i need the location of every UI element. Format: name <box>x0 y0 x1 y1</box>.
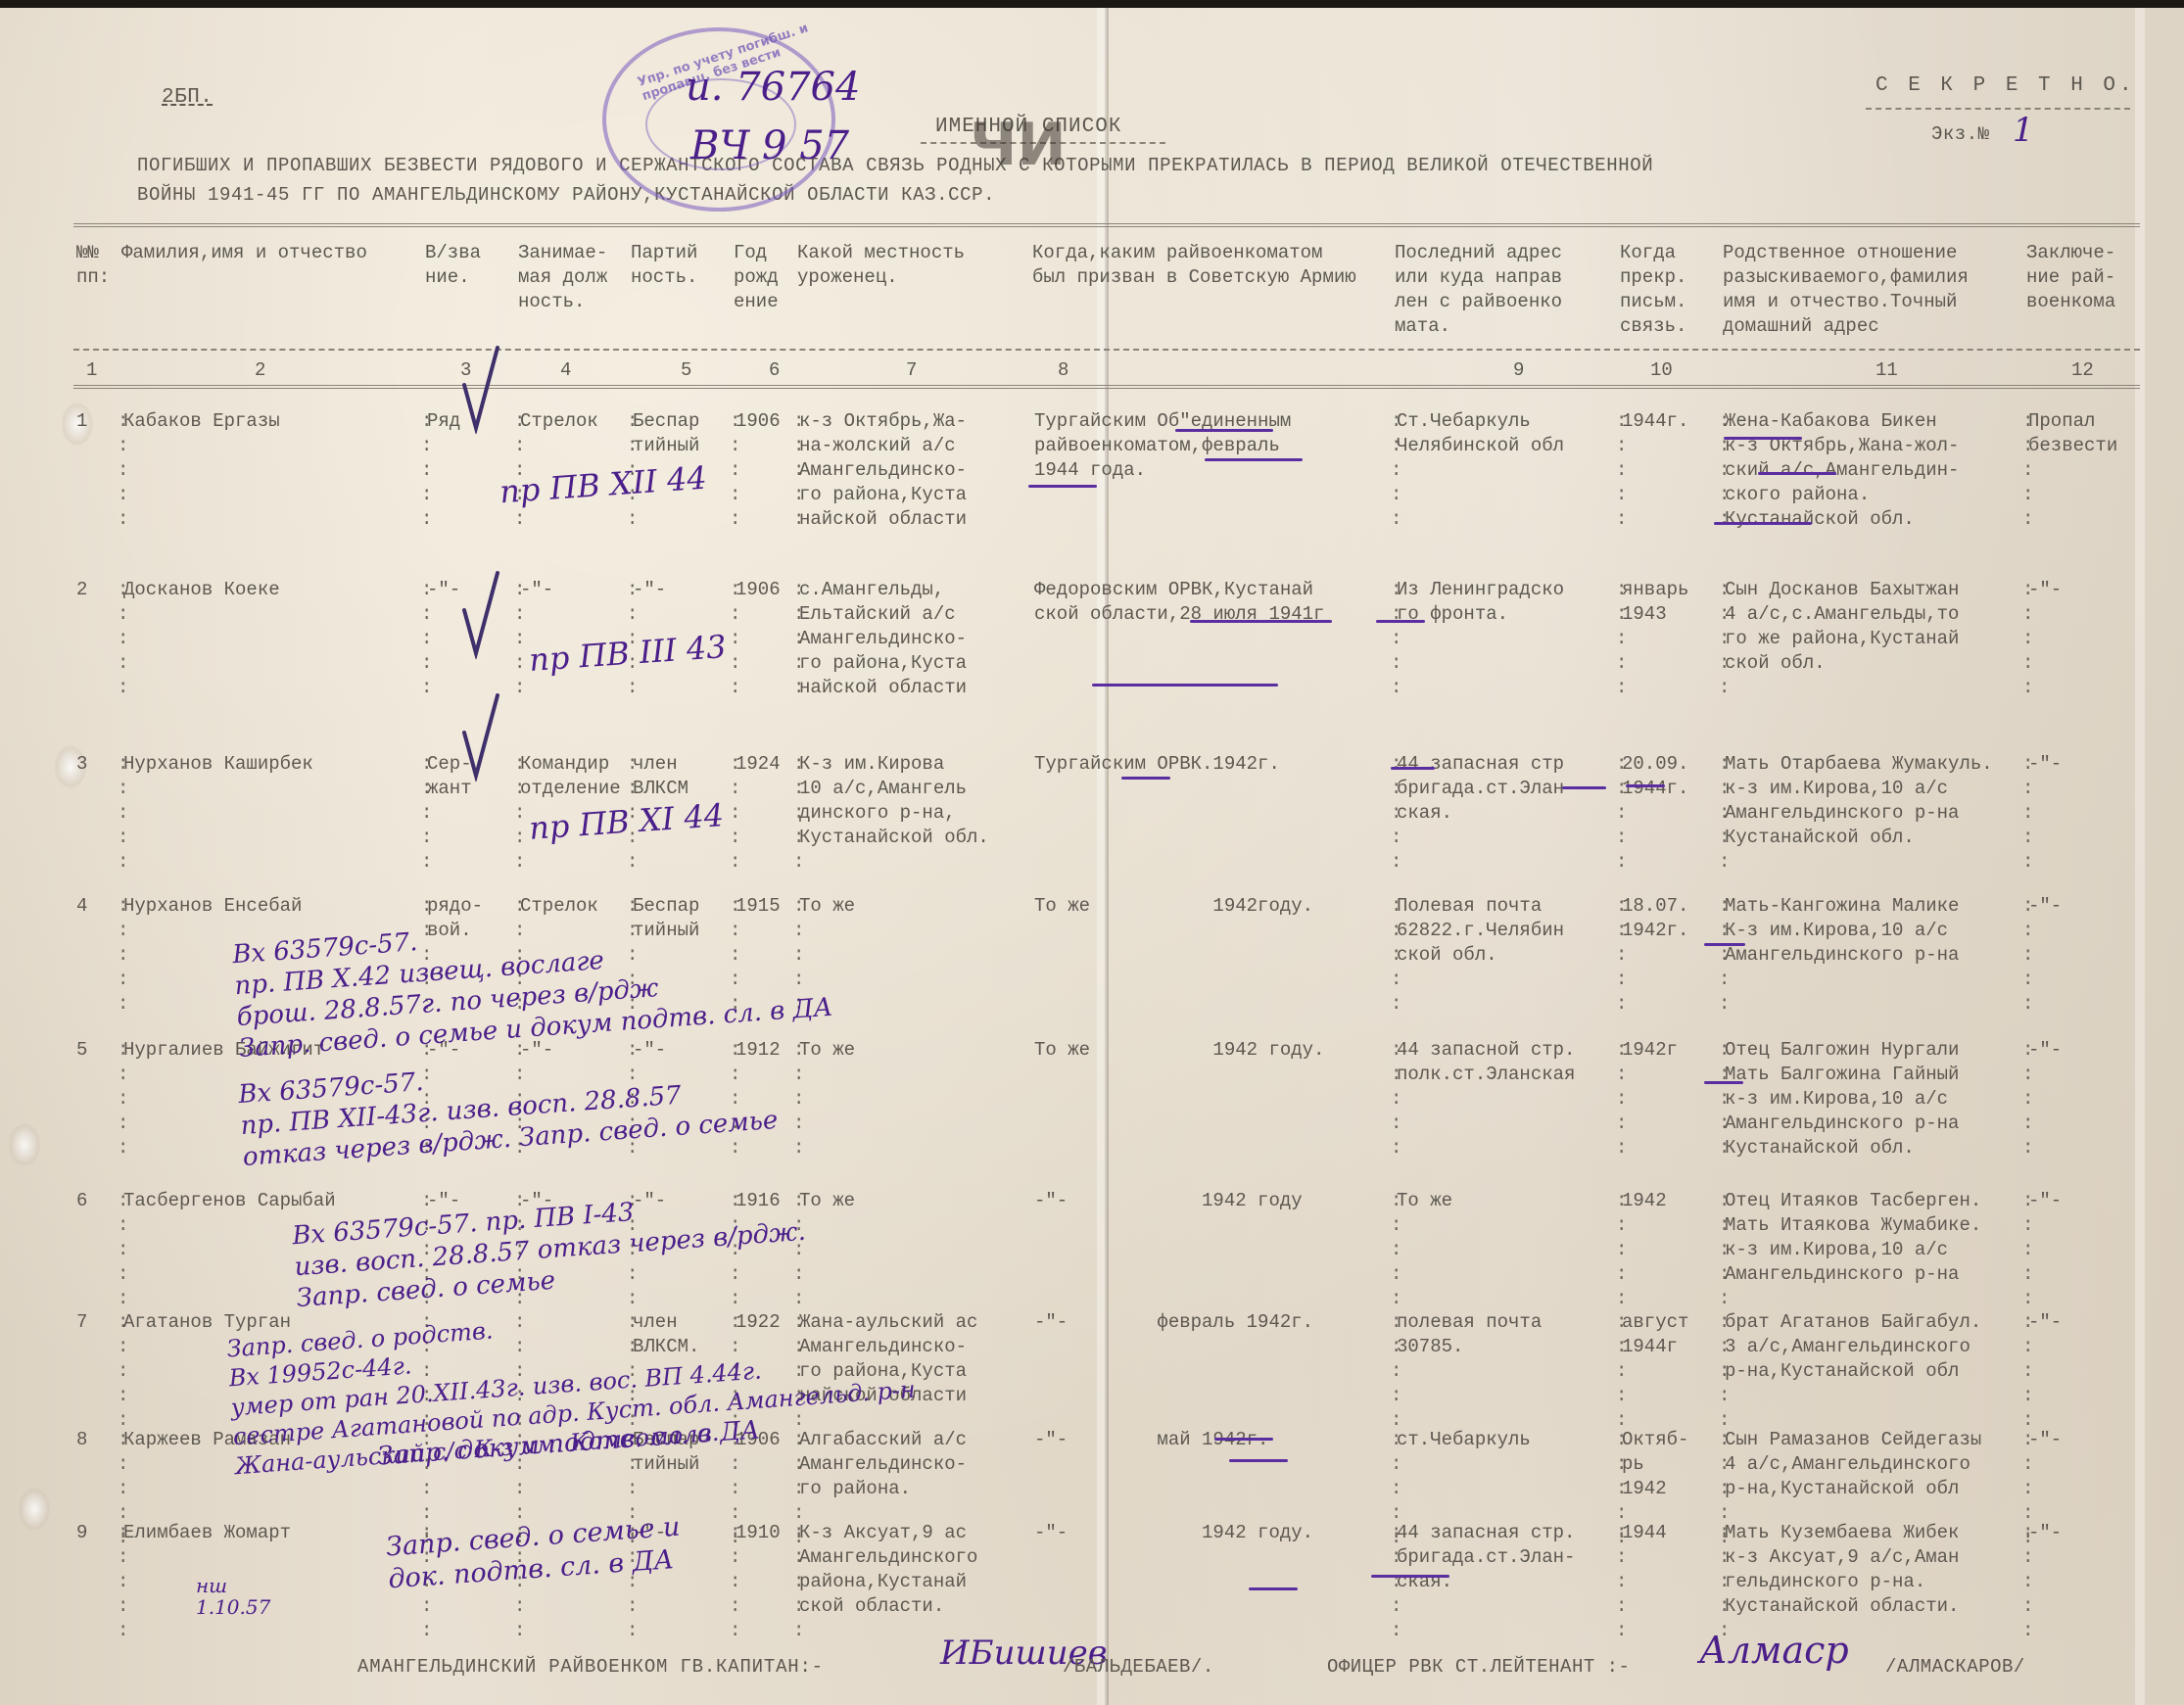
cell-drafted: -"- февраль 1942г. <box>1034 1310 1313 1335</box>
column-separator: : : : : : <box>118 1521 128 1643</box>
cell-drafted: То же 1942 году. <box>1034 1038 1324 1063</box>
pen-underline <box>1724 437 1802 440</box>
column-separator: : : : : : <box>1719 1038 1730 1160</box>
column-number: 10 <box>1650 358 1673 383</box>
cell-birthplace: К-з им.Кирова 10 а/с,Амангель динского р… <box>799 752 989 850</box>
column-separator: : : : : : <box>1616 409 1627 532</box>
cell-birthplace: к-з Октябрь,Жа- на-жолский а/с Амангельд… <box>799 409 967 532</box>
document-subtitle-2: ВОЙНЫ 1941-45 ГГ ПО АМАНГЕЛЬДИНСКОМУ РАЙ… <box>137 184 995 206</box>
column-separator: : : : : : <box>514 409 525 532</box>
cell-relative: Сын Рамазанов Сейдегазы 4 а/с,Амангельди… <box>1725 1428 1981 1501</box>
column-separator: : : : : : <box>118 894 128 1017</box>
column-header: Какой местность уроженец. <box>797 241 965 290</box>
pen-underline <box>1704 943 1745 946</box>
pen-underline <box>1190 620 1332 623</box>
cell-last-address: ст.Чебаркуль <box>1397 1428 1531 1452</box>
cell-contact-lost: Октяб- рь 1942 <box>1622 1428 1688 1501</box>
column-separator: : : : : : <box>2022 752 2033 875</box>
column-separator: : : : : : <box>421 409 432 532</box>
column-header: Заключе- ние рай- военкома <box>2026 241 2115 314</box>
column-header: Когда,каким райвоенкоматом был призван в… <box>1032 241 1356 290</box>
check-mark-icon <box>460 346 499 434</box>
column-separator: : : : : : <box>118 1038 128 1160</box>
cell-drafted: Тургайским ОРВК.1942г. <box>1034 752 1280 777</box>
cell-born: 1906 <box>736 578 781 602</box>
cell-name: Нурханов Каширбек <box>123 752 313 777</box>
cell-contact-lost: 18.07. 1942г. <box>1622 894 1688 943</box>
pen-underline <box>1249 1587 1298 1590</box>
cell-drafted: Тургайским Об"единенным райвоенкоматом,ф… <box>1034 409 1291 483</box>
column-separator: : : : : : <box>421 752 432 875</box>
column-separator: : : : : : <box>1719 578 1730 700</box>
column-header: Последний адрес или куда направ лен с ра… <box>1395 241 1562 339</box>
cell-relative: Мать Отарбаева Жумакуль. к-з им.Кирова,1… <box>1725 752 1993 850</box>
column-header: Год рожд ение <box>734 241 779 314</box>
punch-hole <box>18 1487 51 1532</box>
column-separator: : : : : : <box>1391 1189 1401 1311</box>
column-separator: : : : : : <box>1391 894 1401 1017</box>
column-separator: : : : : : <box>1616 752 1627 875</box>
cell-contact-lost: 1944г. <box>1622 409 1688 434</box>
footer-right-name: /АЛМАСКАРОВ/ <box>1885 1656 2025 1678</box>
pen-underline <box>1175 429 1273 432</box>
cell-relative: Отец Итаяков Тасберген. Мать Итаякова Жу… <box>1725 1189 1981 1287</box>
cell-contact-lost: 1942г <box>1622 1038 1678 1063</box>
column-separator: : : : : : <box>2022 894 2033 1017</box>
column-separator: : : : : : <box>730 578 740 700</box>
column-header: Родственное отношение разыскиваемого,фам… <box>1723 241 1969 339</box>
column-number: 6 <box>769 358 780 383</box>
column-separator: : : : : : <box>1391 752 1401 875</box>
cell-drafted: -"- 1942 году. <box>1034 1521 1313 1545</box>
cell-born: 1924 <box>736 752 781 777</box>
column-header: Партий ность. <box>631 241 697 290</box>
column-separator: : : : : : <box>1616 578 1627 700</box>
column-separator: : : : : : <box>1616 1521 1627 1643</box>
pen-underline <box>1704 1081 1743 1084</box>
column-separator: : : : : : <box>514 578 525 700</box>
column-number: 5 <box>681 358 691 383</box>
column-separator: : : : : : <box>514 752 525 875</box>
cell-contact-lost: январь 1943 <box>1622 578 1688 627</box>
copy-label: Экз.№ <box>1931 123 1990 145</box>
pen-underline <box>1562 786 1606 789</box>
punch-hole <box>8 1122 41 1167</box>
footer-left-label: АМАНГЕЛЬДИНСКИЙ РАЙВОЕНКОМ ГВ.КАПИТАН:- <box>357 1656 824 1678</box>
cell-contact-lost: 1944 <box>1622 1521 1667 1545</box>
column-separator: : : : : : <box>1391 1310 1401 1433</box>
column-separator: : : : : : <box>2022 578 2033 700</box>
pen-underline <box>1028 485 1097 488</box>
pen-annotation: пр ПВ III 43 <box>528 628 728 679</box>
column-separator: : : : : : <box>793 409 804 532</box>
cell-contact-lost: август 1944г <box>1622 1310 1688 1359</box>
column-separator: : : : : : <box>118 1310 128 1433</box>
cell-party: член ВЛКСМ <box>633 752 688 801</box>
cell-name: Нурханов Енсебай <box>123 894 302 919</box>
column-number: 12 <box>2071 358 2094 383</box>
cell-position: Стрелок <box>520 409 598 434</box>
pen-annotation: пр ПВ XII 44 <box>499 459 708 511</box>
column-separator: : : : : : <box>1391 578 1401 700</box>
column-separator: : : : : : <box>1719 894 1730 1017</box>
pen-underline <box>1391 767 1435 770</box>
cell-last-address: Полевая почта 62822.г.Челябин ской обл. <box>1397 894 1564 968</box>
cell-relative: брат Агатанов Байгабул. 3 а/с,Амангельди… <box>1725 1310 1981 1384</box>
cell-n: 4 <box>76 894 87 919</box>
cell-born: 1910 <box>736 1521 781 1545</box>
cell-n: 1 <box>76 409 87 434</box>
column-number: 9 <box>1513 358 1524 383</box>
column-number: 4 <box>560 358 571 383</box>
cell-n: 6 <box>76 1189 87 1213</box>
column-separator: : : : : : <box>1616 1038 1627 1160</box>
column-separator: : : : : : <box>118 578 128 700</box>
cell-contact-lost: 20.09. 1944г. <box>1622 752 1688 801</box>
classification-label: С Е К Р Е Т Н О. <box>1875 74 2136 97</box>
footer-left-name: /БАЛЬДЕБАЕВ/. <box>1063 1656 1214 1678</box>
cell-last-address: 44 запасной стр. полк.ст.Эланская <box>1397 1038 1575 1087</box>
column-separator: : : : : : <box>1719 1310 1730 1433</box>
archive-stamp: Упр. по учету погибш. и пропавш. без вес… <box>602 27 835 212</box>
stamp-handwritten-date: ВЧ 9 57 <box>690 123 849 168</box>
column-separator: : : : : : <box>793 752 804 875</box>
cell-name: Досканов Коеке <box>123 578 280 602</box>
cell-n: 8 <box>76 1428 87 1452</box>
cell-party: Беспар тийный <box>633 409 699 458</box>
cell-relative: Отец Балгожин Нургали Мать Балгожина Гай… <box>1725 1038 1959 1160</box>
column-separator: : : : : : <box>2022 1521 2033 1643</box>
cell-name: Елимбаев Жомарт <box>123 1521 291 1545</box>
cell-name: Кабаков Ергазы <box>123 409 280 434</box>
column-separator: : : : : : <box>2022 1038 2033 1160</box>
cell-birthplace: То же <box>799 1038 855 1063</box>
column-separator: : : : : : <box>793 1521 804 1643</box>
column-separator: : : : : : <box>1391 409 1401 532</box>
column-separator: : : : : : <box>2022 409 2033 532</box>
column-separator: : : : : : <box>118 752 128 875</box>
copy-number: 1 <box>2013 111 2034 150</box>
column-separator: : : : : : <box>1616 894 1627 1017</box>
column-separator: : : : : : <box>1391 1521 1401 1643</box>
column-separator: : : : : : <box>1719 409 1730 532</box>
fold-highlight <box>2135 8 2145 1705</box>
column-number-rule <box>73 385 2140 389</box>
column-separator: : : : : : <box>118 1189 128 1311</box>
cell-n: 2 <box>76 578 87 602</box>
column-header: Занимае- мая долж ность. <box>518 241 607 314</box>
cell-birthplace: К-з Аксуат,9 ас Амангельдинского района,… <box>799 1521 977 1619</box>
pen-underline <box>1229 1459 1288 1462</box>
column-number: 7 <box>906 358 917 383</box>
column-header: Фамилия,имя и отчество <box>121 241 367 265</box>
stamp-handwritten-number: и. 76764 <box>686 65 860 110</box>
table-top-rule <box>73 223 2140 227</box>
divider <box>1866 108 2130 110</box>
form-code: 2БП. <box>162 86 213 109</box>
column-separator: : : : : : <box>1719 1189 1730 1311</box>
column-separator: : : : : : <box>1616 1310 1627 1433</box>
column-separator: : : : : : <box>118 409 128 532</box>
column-separator: : : : : : <box>1391 1038 1401 1160</box>
cell-contact-lost: 1942 <box>1622 1189 1667 1213</box>
pen-underline <box>1714 522 1812 525</box>
signature-officer: Алмаср <box>1699 1629 1849 1672</box>
cell-position: Командир отделение <box>520 752 621 801</box>
pen-annotation: пр ПВ XI 44 <box>528 796 725 847</box>
column-header: Когда прекр. письм. связь. <box>1620 241 1686 339</box>
header-bottom-rule <box>73 349 2140 351</box>
column-number: 11 <box>1875 358 1898 383</box>
column-separator: : : : : : <box>2022 1189 2033 1311</box>
cell-born: 1906 <box>736 409 781 434</box>
cell-n: 5 <box>76 1038 87 1063</box>
column-header: №№ пп: <box>76 241 110 290</box>
pen-underline <box>1214 1438 1273 1441</box>
cell-birthplace: с.Амангельды, Ельтайский а/с Амангельдин… <box>799 578 967 700</box>
pen-margin-note: нш 1.10.57 <box>196 1575 270 1618</box>
pen-underline <box>1626 784 1665 787</box>
cell-last-address: полевая почта 30785. <box>1397 1310 1542 1359</box>
column-separator: : : : : : <box>1719 752 1730 875</box>
column-separator: : : : : : <box>730 1521 740 1643</box>
cell-last-address: 44 запасная стр. бригада.ст.Элан- ская. <box>1397 1521 1575 1594</box>
cell-last-address: Ст.Чебаркуль Челябинской обл <box>1397 409 1564 458</box>
column-separator: : : : : : <box>1616 1189 1627 1311</box>
cell-last-address: 44 запасная стр бригада.ст.Элан ская. <box>1397 752 1564 826</box>
pen-underline <box>1205 458 1303 461</box>
column-separator: : : : : : <box>2022 1310 2033 1433</box>
column-number: 1 <box>86 358 97 383</box>
check-mark-icon <box>460 693 499 781</box>
cell-n: 9 <box>76 1521 87 1545</box>
cell-n: 3 <box>76 752 87 777</box>
cell-name: Тасбергенов Сарыбай <box>123 1189 336 1213</box>
column-separator: : : : : : <box>730 409 740 532</box>
check-mark-icon <box>460 571 499 659</box>
stamp-overprint-mark: ЧИ <box>970 111 1067 179</box>
column-separator: : : : : : <box>1719 1521 1730 1643</box>
column-separator: : : : : : <box>421 578 432 700</box>
cell-relative: Мать-Кангожина Малике К-з им.Кирова,10 а… <box>1725 894 1959 968</box>
cell-relative: Мать Кузембаева Жибек к-з Аксуат,9 а/с,А… <box>1725 1521 1959 1619</box>
cell-n: 7 <box>76 1310 87 1335</box>
cell-drafted: То же 1942году. <box>1034 894 1313 919</box>
cell-last-address: То же <box>1397 1189 1452 1213</box>
cell-relative: Сын Досканов Бахытжан 4 а/с,с.Амангельды… <box>1725 578 1959 676</box>
document-subtitle-1: ПОГИБШИХ И ПРОПАВШИХ БЕЗВЕСТИ РЯДОВОГО И… <box>137 155 1653 176</box>
footer-right-label: ОФИЦЕР РВК СТ.ЛЕЙТЕНАНТ :- <box>1327 1656 1630 1678</box>
document-sheet: 2БП. С Е К Р Е Т Н О. Экз.№ 1 ИМЕННОЙ СП… <box>0 8 2184 1705</box>
cell-conclusion: Пропал безвести <box>2028 409 2117 458</box>
pen-underline <box>1092 684 1278 687</box>
pen-underline <box>1121 777 1170 780</box>
cell-birthplace: То же <box>799 1189 855 1213</box>
column-separator: : : : : : <box>730 752 740 875</box>
column-header: В/зва ние. <box>425 241 481 290</box>
column-number: 2 <box>255 358 265 383</box>
pen-underline <box>1758 472 1836 475</box>
pen-underline <box>1371 1575 1449 1578</box>
column-separator: : : : : : <box>793 1038 804 1160</box>
cell-drafted: -"- 1942 году <box>1034 1189 1303 1213</box>
column-separator: : : : : : <box>793 578 804 700</box>
column-number: 8 <box>1058 358 1068 383</box>
pen-underline <box>1376 620 1425 623</box>
cell-relative: Жена-Кабакова Бикен к-з Октябрь,Жана-жол… <box>1725 409 1959 532</box>
